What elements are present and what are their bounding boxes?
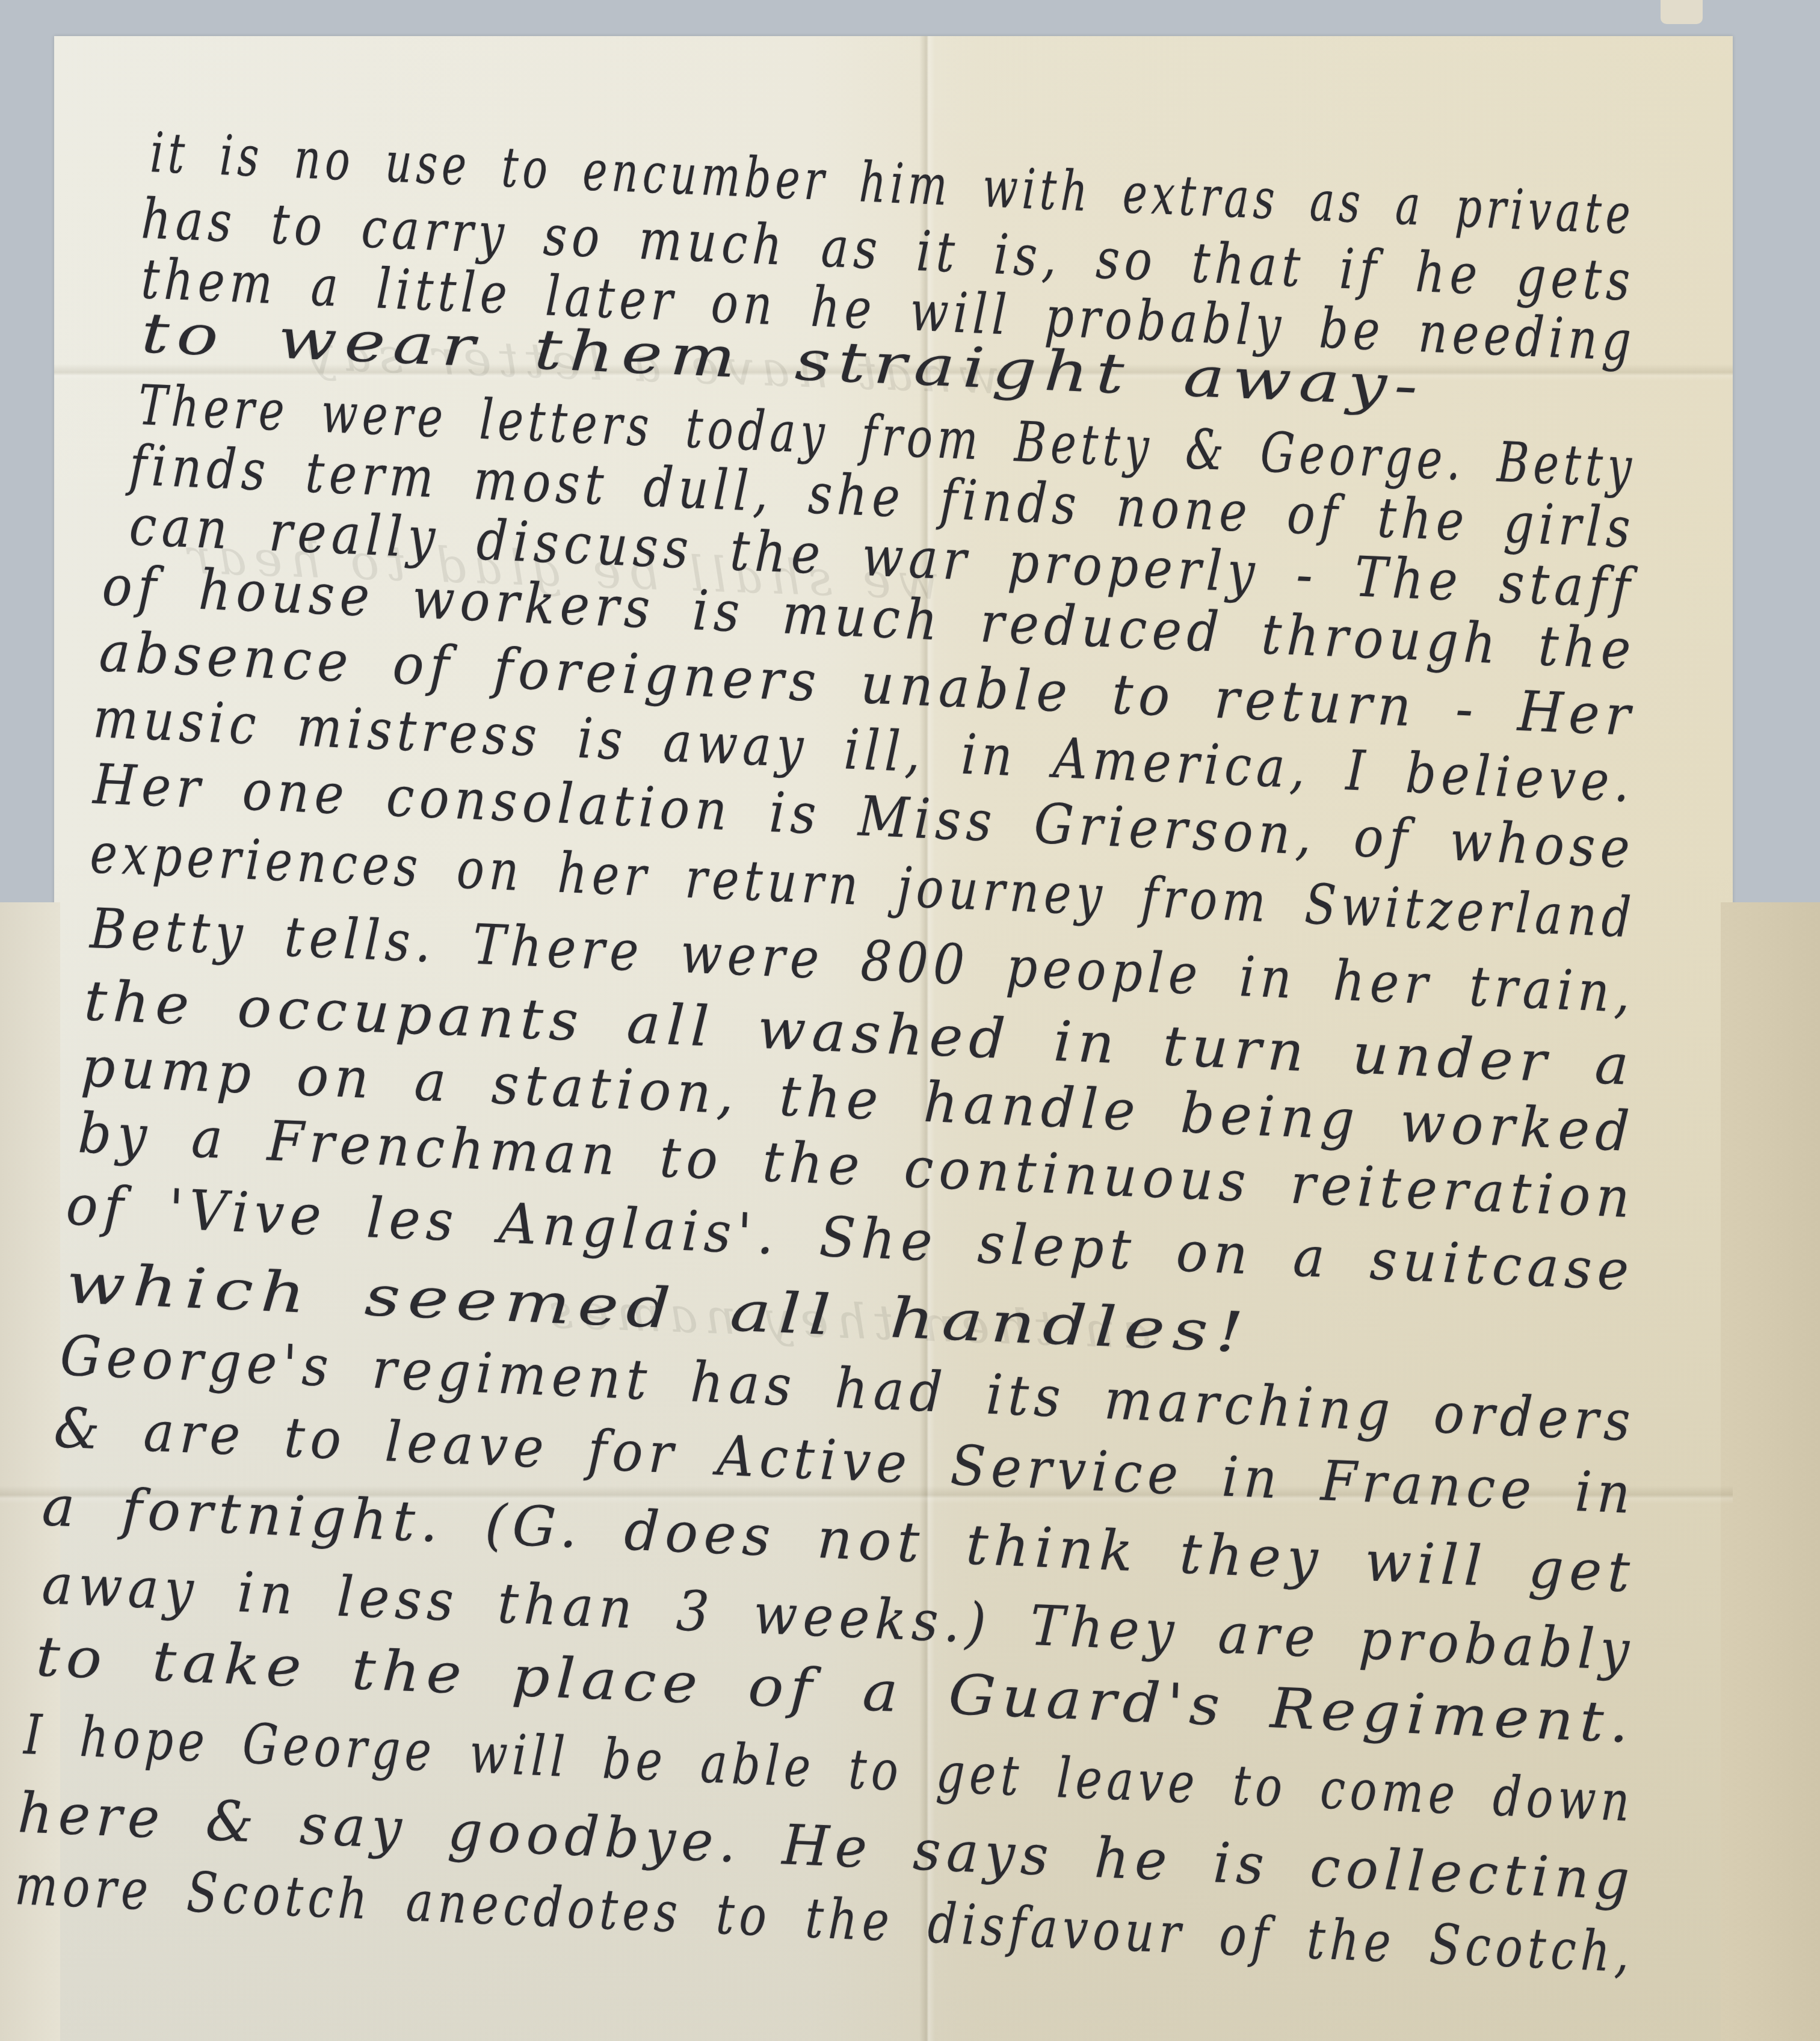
- handwritten-letter-body: it is no use to encumber him with extras…: [0, 0, 1820, 2041]
